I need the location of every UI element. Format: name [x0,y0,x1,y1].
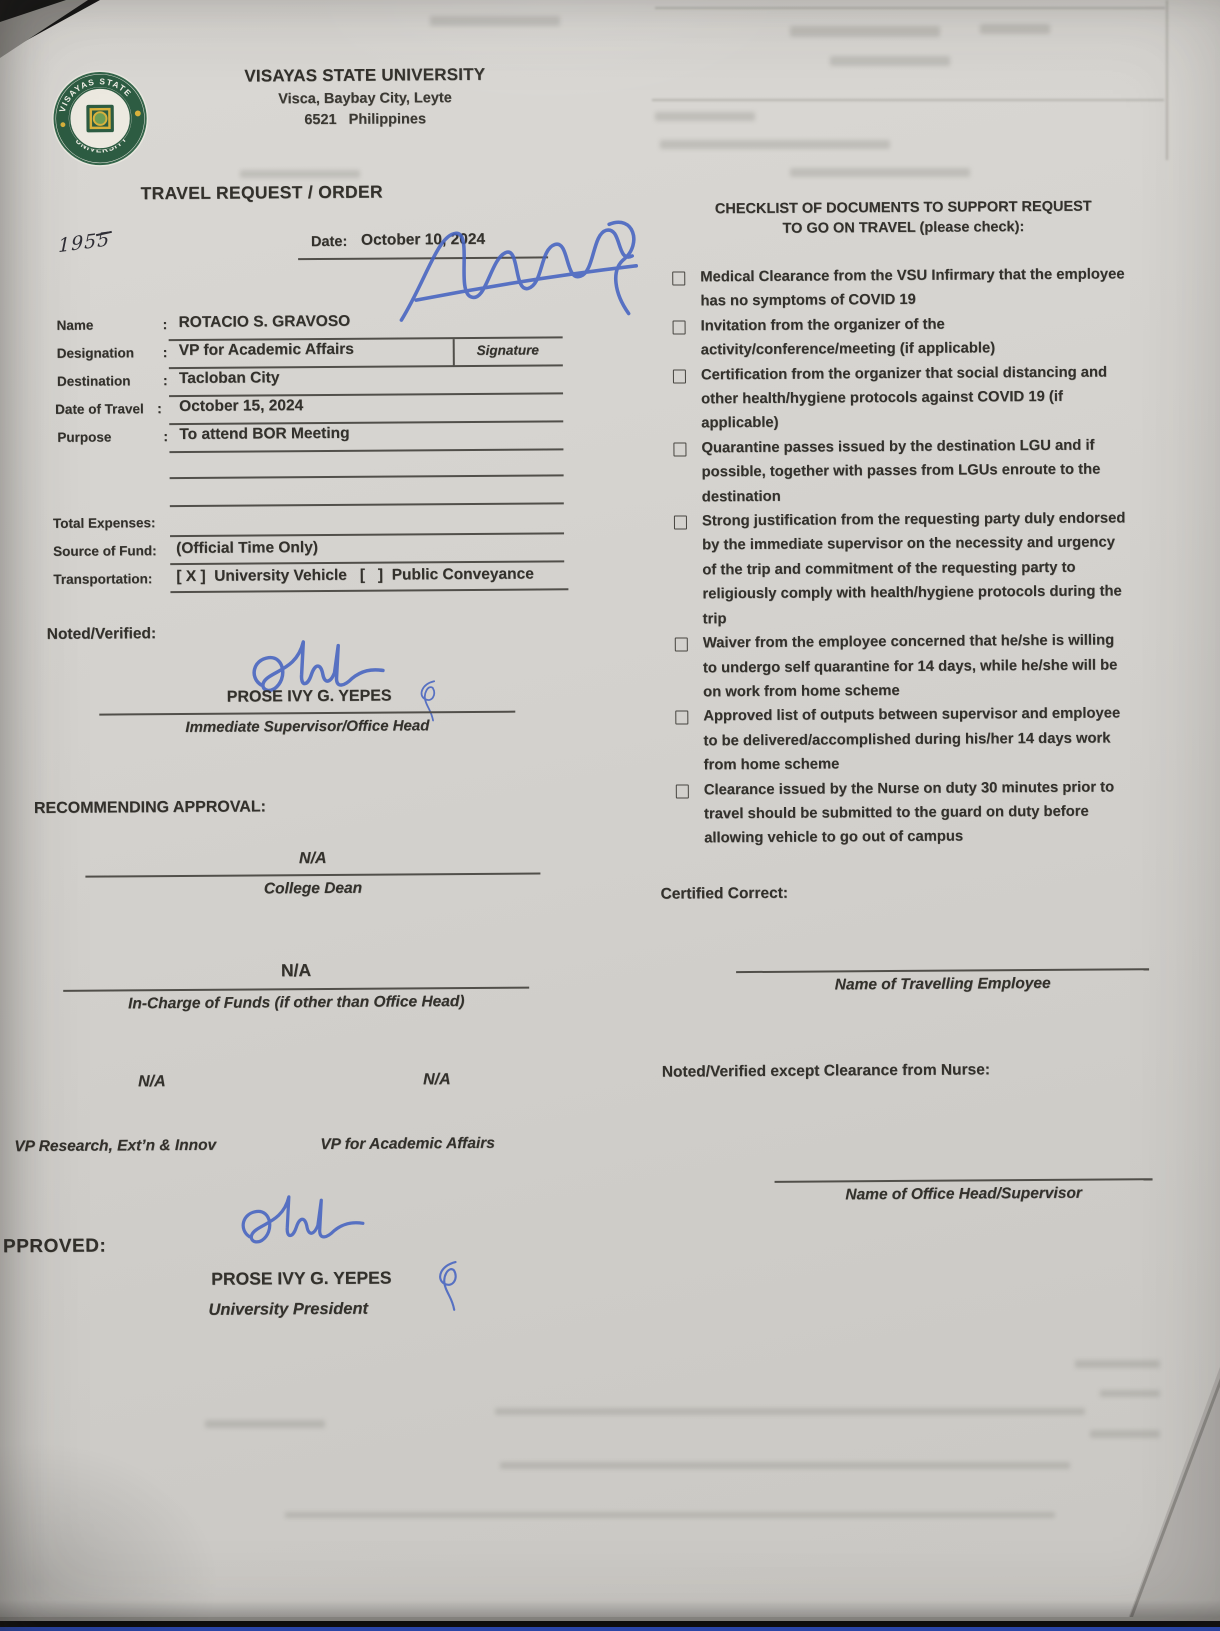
field-colon: : [157,400,162,416]
date-of-travel-line [169,420,563,425]
checklist-item-text: Waiver from the employee concerned that … [703,628,1132,704]
in-charge-funds-value: N/A [63,959,529,983]
vp-academic-value: N/A [377,1071,497,1090]
form-title: TRAVEL REQUEST / ORDER [141,182,383,205]
field-colon: : [163,428,168,444]
checklist-item: Invitation from the organizer of the act… [673,311,1143,363]
designation-label: Designation [57,345,134,361]
checkbox-icon [675,638,688,652]
source-of-fund-line [170,560,564,565]
checklist-item: Strong justification from the requesting… [674,506,1145,631]
checkbox-icon [673,369,686,383]
blank-line [170,474,564,479]
noted-verified-heading: Noted/Verified: [47,625,157,644]
field-colon: : [163,372,168,388]
university-address: Visca, Baybay City, Leyte [165,89,565,108]
source-of-fund-value: (Official Time Only) [176,539,318,558]
checklist-item-text: Clearance issued by the Nurse on duty 30… [704,775,1133,851]
checklist-item-text: Certification from the organizer that so… [701,360,1130,436]
total-expenses-line [170,532,564,537]
field-colon: : [163,316,168,332]
destination-line [169,392,563,397]
checklist-item-text: Invitation from the organizer of the act… [701,311,1129,363]
scan-edge-blue [0,1627,1220,1631]
checklist-item-text: Strong justification from the requesting… [702,506,1131,631]
checklist-item: Approved list of outputs between supervi… [675,702,1145,778]
approved-heading: PPROVED: [3,1236,106,1259]
signature-ink [386,203,645,337]
checkbox-icon [676,784,689,798]
total-expenses-label: Total Expenses: [53,515,156,531]
designation-line [169,364,563,369]
college-dean-line [85,872,540,877]
approved-role: University President [208,1300,368,1320]
checklist-item-text: Quarantine passes issued by the destinat… [701,433,1130,509]
university-seal-icon: VISAYAS STATE UNIVERSITY [51,69,150,168]
purpose-label: Purpose [57,429,111,444]
noted-verified-line [99,711,515,716]
checkbox-icon [672,271,685,285]
checkbox-icon [675,711,688,725]
designation-value: VP for Academic Affairs [179,341,354,360]
university-postal: 6521 Philippines [165,110,565,129]
recommending-approval-heading: RECOMMENDING APPROVAL: [34,798,266,818]
checkbox-icon [673,442,686,456]
purpose-value: To attend BOR Meeting [179,425,349,444]
noted-verified-role: Immediate Supervisor/Office Head [99,717,515,737]
office-head-line [775,1178,1153,1183]
paper-bottom-shadow [0,1600,1220,1617]
name-value: ROTACIO S. GRAVOSO [178,313,350,332]
field-colon: : [163,344,168,360]
scanned-travel-request-document: VISAYAS STATE UNIVERSITY VISAYAS STATE U… [0,0,1220,1631]
date-of-travel-label: Date of Travel [55,401,144,417]
checklist-item: Medical Clearance from the VSU Infirmary… [672,262,1142,314]
purpose-line [169,448,563,453]
source-of-fund-label: Source of Fund: [53,543,157,559]
signature-flourish-ink [433,1257,463,1313]
office-head-label: Name of Office Head/Supervisor [775,1184,1153,1205]
checklist-item: Clearance issued by the Nurse on duty 30… [676,775,1146,851]
name-line [169,336,563,341]
name-label: Name [57,318,94,333]
checklist: Medical Clearance from the VSU Infirmary… [672,262,1146,851]
travelling-employee-line [736,968,1149,973]
blank-line [170,502,564,507]
in-charge-funds-label: In-Charge of Funds (if other than Office… [63,993,529,1014]
vp-research-label: VP Research, Ext’n & Innov [14,1136,264,1156]
transportation-value: [ X ] University Vehicle [ ] Public Conv… [176,566,534,586]
certified-correct-heading: Certified Correct: [660,885,788,904]
checklist-title-line2: TO GO ON TRAVEL (please check): [636,218,1171,238]
checklist-item: Certification from the organizer that so… [673,360,1143,436]
date-of-travel-value: October 15, 2024 [179,397,303,416]
noted-except-nurse-heading: Noted/Verified except Clearance from Nur… [662,1061,990,1081]
college-dean-value: N/A [85,848,540,869]
checkbox-icon [674,516,687,530]
university-name: VISAYAS STATE UNIVERSITY [165,64,565,87]
vp-research-value: N/A [92,1073,212,1092]
in-charge-funds-line [63,987,529,992]
approved-name: PROSE IVY G. YEPES [211,1268,391,1290]
destination-label: Destination [57,373,131,389]
transportation-line [170,588,568,593]
checklist-item: Quarantine passes issued by the destinat… [673,433,1143,509]
date-label: Date: [311,234,347,250]
signature-ink [237,1184,372,1257]
checklist-item-text: Medical Clearance from the VSU Infirmary… [700,262,1128,314]
checklist-title-line1: CHECKLIST OF DOCUMENTS TO SUPPORT REQUES… [636,198,1171,218]
college-dean-label: College Dean [85,878,540,899]
checklist-item-text: Approved list of outputs between supervi… [703,702,1132,778]
travelling-employee-label: Name of Travelling Employee [736,974,1149,995]
checkbox-icon [673,320,686,334]
vp-academic-label: VP for Academic Affairs [320,1134,550,1154]
checklist-item: Waiver from the employee concerned that … [675,628,1145,704]
signature-label: Signature [455,342,561,358]
transportation-label: Transportation: [53,571,152,587]
destination-value: Tacloban City [179,369,280,388]
noted-verified-name: PROSE IVY G. YEPES [119,687,499,708]
